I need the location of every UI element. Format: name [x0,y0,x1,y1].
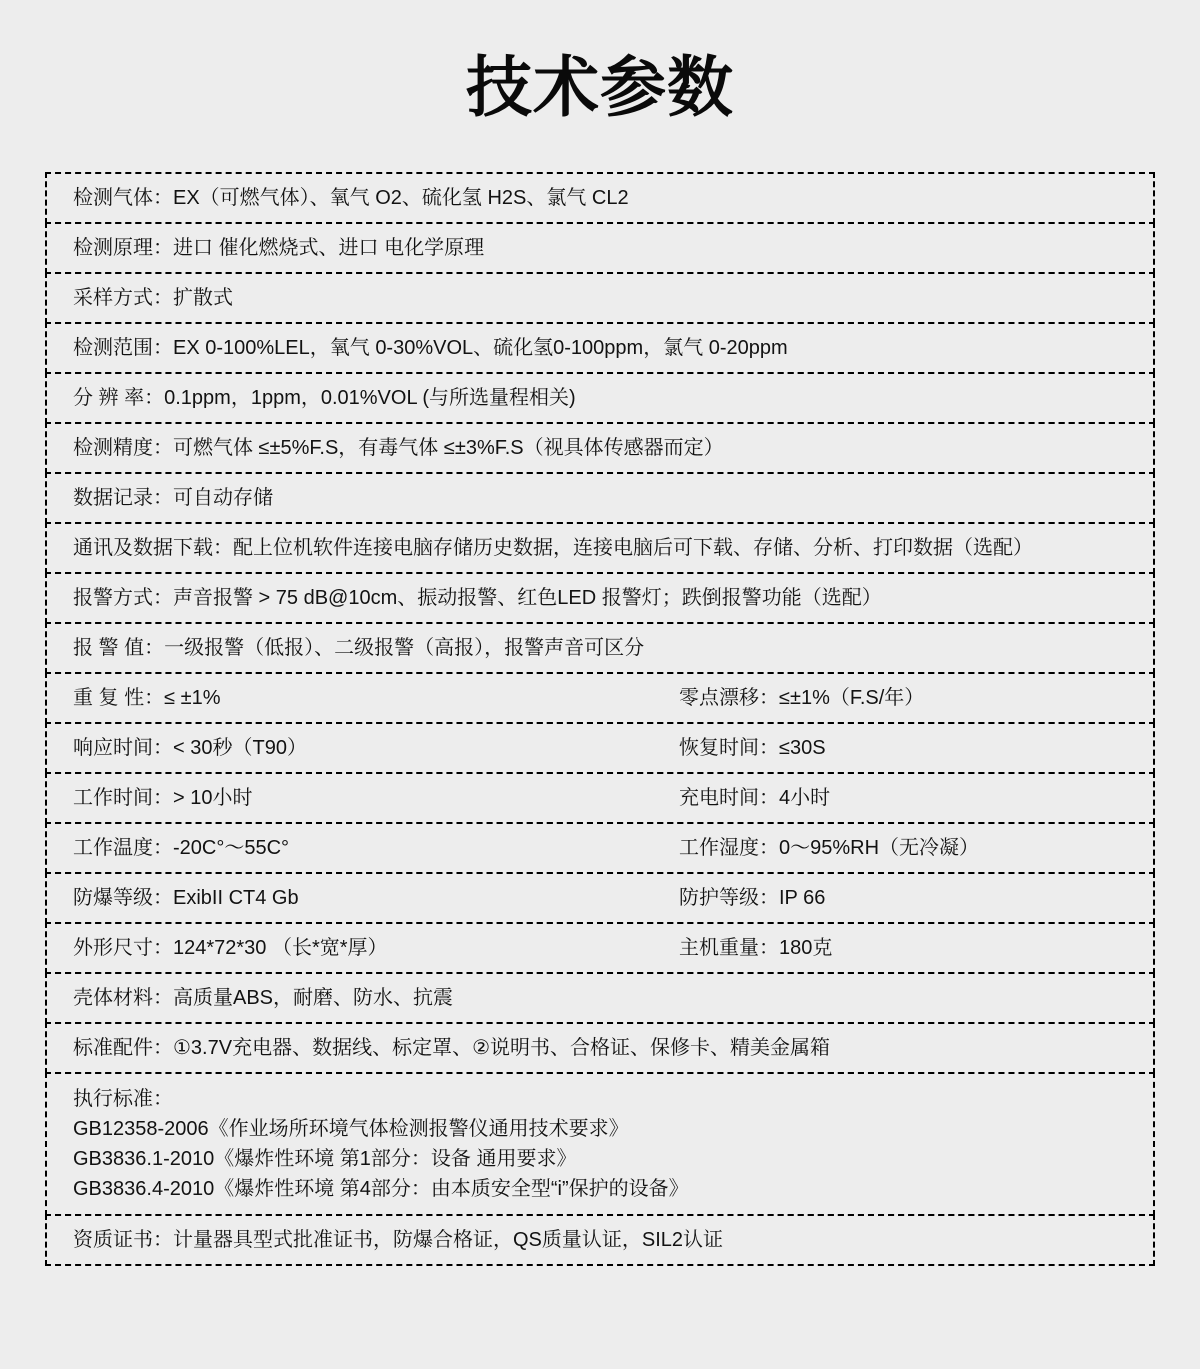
table-row-detected-gases: 检测气体：EX（可燃气体）、氧气 O2、硫化氢 H2S、氯气 CL2 [45,172,1155,224]
row-text: 报 警 值：一级报警（低报）、二级报警（高报），报警声音可区分 [73,635,644,661]
table-row-resolution: 分 辨 率：0.1ppm，1ppm，0.01%VOL (与所选量程相关) [45,372,1155,424]
table-row-alarm-type: 报警方式：声音报警 > 75 dB@10cm、振动报警、红色LED 报警灯；跌倒… [45,572,1155,624]
table-row-communication-download: 通讯及数据下载：配上位机软件连接电脑存储历史数据，连接电脑后可下载、存储、分析、… [45,522,1155,574]
row-text: 分 辨 率：0.1ppm，1ppm，0.01%VOL (与所选量程相关) [73,385,576,411]
table-row-data-logging: 数据记录：可自动存储 [45,472,1155,524]
row-text-right: 工作湿度：0～95%RH（无冷凝） [679,835,1141,861]
standard-line: GB12358-2006《作业场所环境气体检测报警仪通用技术要求》 [73,1114,1141,1144]
row-text: 数据记录：可自动存储 [73,485,273,511]
table-row-standard-accessories: 标准配件：①3.7V充电器、数据线、标定罩、②说明书、合格证、保修卡、精美金属箱 [45,1022,1155,1074]
table-row-repeatability-zero-drift: 重 复 性：≤ ±1% 零点漂移：≤±1%（F.S/年） [45,672,1155,724]
row-text-left: 重 复 性：≤ ±1% [73,685,679,711]
table-row-alarm-value: 报 警 值：一级报警（低报）、二级报警（高报），报警声音可区分 [45,622,1155,674]
row-text: 检测范围：EX 0-100%LEL，氧气 0-30%VOL、硫化氢0-100pp… [73,335,788,361]
row-text: 通讯及数据下载：配上位机软件连接电脑存储历史数据，连接电脑后可下载、存储、分析、… [73,535,1033,561]
row-text-right: 防护等级：IP 66 [679,885,1141,911]
row-text: 采样方式：扩散式 [73,285,233,311]
page-title: 技术参数 [0,0,1200,120]
table-row-detection-range: 检测范围：EX 0-100%LEL，氧气 0-30%VOL、硫化氢0-100pp… [45,322,1155,374]
table-row-explosion-protection-ip: 防爆等级：ExibII CT4 Gb 防护等级：IP 66 [45,872,1155,924]
standard-line: GB3836.1-2010《爆炸性环境 第1部分：设备 通用要求》 [73,1144,1141,1174]
table-row-accuracy: 检测精度：可燃气体 ≤±5%F.S，有毒气体 ≤±3%F.S（视具体传感器而定） [45,422,1155,474]
spec-table: 检测气体：EX（可燃气体）、氧气 O2、硫化氢 H2S、氯气 CL2 检测原理：… [45,172,1155,1266]
row-text-left: 工作温度：-20C°～55C° [73,835,679,861]
row-text-left: 外形尺寸：124*72*30 （长*宽*厚） [73,935,679,961]
row-text: 报警方式：声音报警 > 75 dB@10cm、振动报警、红色LED 报警灯；跌倒… [73,585,882,611]
table-row-working-charging-time: 工作时间：> 10小时 充电时间：4小时 [45,772,1155,824]
standard-line: 执行标准： [73,1084,1141,1114]
standard-line: GB3836.4-2010《爆炸性环境 第4部分：由本质安全型“i”保护的设备》 [73,1174,1141,1204]
row-text: 检测精度：可燃气体 ≤±5%F.S，有毒气体 ≤±3%F.S（视具体传感器而定） [73,435,724,461]
row-text: 检测气体：EX（可燃气体）、氧气 O2、硫化氢 H2S、氯气 CL2 [73,185,629,211]
row-text: 标准配件：①3.7V充电器、数据线、标定罩、②说明书、合格证、保修卡、精美金属箱 [73,1035,830,1061]
table-row-housing-material: 壳体材料：高质量ABS，耐磨、防水、抗震 [45,972,1155,1024]
table-row-sampling-method: 采样方式：扩散式 [45,272,1155,324]
table-row-executive-standards: 执行标准： GB12358-2006《作业场所环境气体检测报警仪通用技术要求》 … [45,1072,1155,1216]
table-row-temperature-humidity: 工作温度：-20C°～55C° 工作湿度：0～95%RH（无冷凝） [45,822,1155,874]
row-text-right: 主机重量：180克 [679,935,1141,961]
table-row-dimensions-weight: 外形尺寸：124*72*30 （长*宽*厚） 主机重量：180克 [45,922,1155,974]
row-text: 壳体材料：高质量ABS，耐磨、防水、抗震 [73,985,453,1011]
row-text: 资质证书：计量器具型式批准证书，防爆合格证，QS质量认证，SIL2认证 [73,1227,723,1253]
table-row-detection-principle: 检测原理：进口 催化燃烧式、进口 电化学原理 [45,222,1155,274]
row-text-right: 零点漂移：≤±1%（F.S/年） [679,685,1141,711]
table-row-response-recovery-time: 响应时间：< 30秒（T90） 恢复时间：≤30S [45,722,1155,774]
row-text-left: 防爆等级：ExibII CT4 Gb [73,885,679,911]
row-text-right: 充电时间：4小时 [679,785,1141,811]
row-text: 检测原理：进口 催化燃烧式、进口 电化学原理 [73,235,484,261]
row-text-left: 响应时间：< 30秒（T90） [73,735,679,761]
row-text-right: 恢复时间：≤30S [679,735,1141,761]
table-row-certifications: 资质证书：计量器具型式批准证书，防爆合格证，QS质量认证，SIL2认证 [45,1214,1155,1266]
row-text-left: 工作时间：> 10小时 [73,785,679,811]
